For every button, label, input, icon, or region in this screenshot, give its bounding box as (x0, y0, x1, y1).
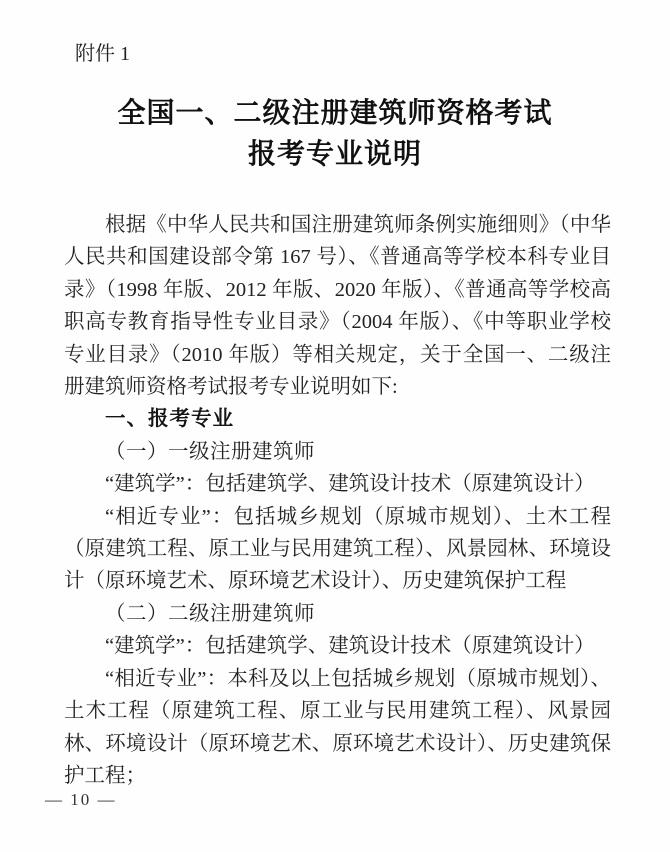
subsection-heading-level2-architect: （二）二级注册建筑师 (64, 598, 611, 630)
level1-related-majors: “相近专业”：包括城乡规划（原城市规划）、土木工程（原建筑工程、原工业与民用建筑… (64, 501, 611, 598)
document-title: 全国一、二级注册建筑师资格考试 报考专业说明 (0, 93, 670, 175)
subsection-heading-level1-architect: （一）一级注册建筑师 (64, 436, 611, 468)
page-number: — 10 — (45, 790, 117, 810)
attachment-label: 附件 1 (75, 42, 130, 66)
document-body: 根据《中华人民共和国注册建筑师条例实施细则》（中华人民共和国建设部令第 167 … (64, 209, 611, 792)
level2-architecture-majors: “建筑学”：包括建筑学、建筑设计技术（原建筑设计） (64, 630, 611, 662)
document-page: 附件 1 全国一、二级注册建筑师资格考试 报考专业说明 根据《中华人民共和国注册… (0, 0, 670, 852)
intro-paragraph: 根据《中华人民共和国注册建筑师条例实施细则》（中华人民共和国建设部令第 167 … (64, 209, 611, 403)
document-title-line-1: 全国一、二级注册建筑师资格考试 (0, 93, 670, 134)
level1-architecture-majors: “建筑学”：包括建筑学、建筑设计技术（原建筑设计） (64, 468, 611, 500)
section-heading-application-majors: 一、报考专业 (64, 403, 611, 435)
document-title-line-2: 报考专业说明 (0, 134, 670, 175)
level2-related-majors: “相近专业”：本科及以上包括城乡规划（原城市规划）、土木工程（原建筑工程、原工业… (64, 663, 611, 793)
